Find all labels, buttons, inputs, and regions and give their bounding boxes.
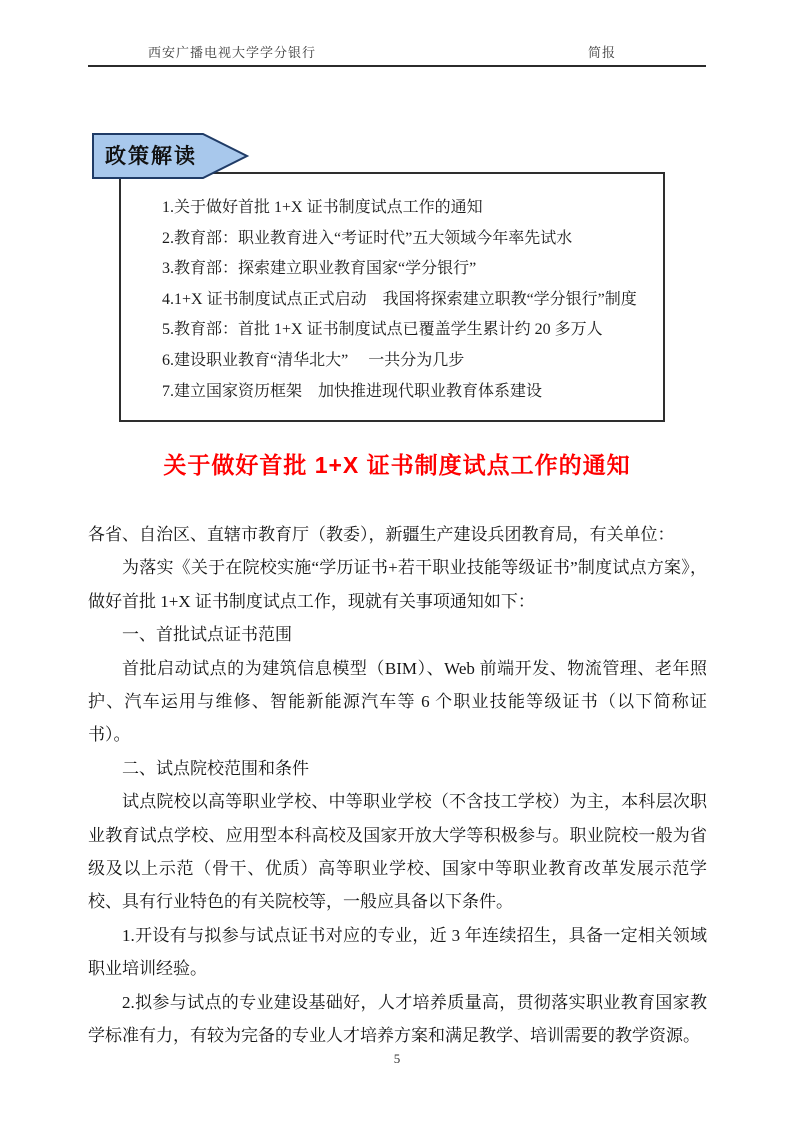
page-number: 5: [394, 1051, 401, 1066]
article-paragraph: 一、首批试点证书范围: [88, 618, 707, 651]
header-row: 西安广播电视大学学分银行 简报: [88, 42, 706, 61]
article-paragraph: 为落实《关于在院校实施“学历证书+若干职业技能等级证书”制度试点方案》，做好首批…: [88, 551, 707, 618]
policy-banner: 政策解读: [92, 133, 250, 179]
header-right-title: 简报: [588, 42, 616, 61]
article-paragraph: 2.拟参与试点的专业建设基础好，人才培养质量高，贯彻落实职业教育国家教学标准有力…: [88, 986, 707, 1053]
article-paragraph: 试点院校以高等职业学校、中等职业学校（不含技工学校）为主，本科层次职业教育试点学…: [88, 785, 707, 919]
article-body: 各省、自治区、直辖市教育厅（教委），新疆生产建设兵团教育局，有关单位： 为落实《…: [88, 518, 707, 1053]
page-header: 西安广播电视大学学分银行 简报: [88, 42, 706, 67]
toc-item: 3.教育部：探索建立职业教育国家“学分银行”: [162, 254, 647, 285]
toc-list: 1.关于做好首批 1+X 证书制度试点工作的通知 2.教育部：职业教育进入“考证…: [121, 174, 663, 407]
article-title: 关于做好首批 1+X 证书制度试点工作的通知: [0, 447, 794, 480]
page-footer: 5: [0, 1051, 794, 1067]
toc-item: 4.1+X 证书制度试点正式启动 我国将探索建立职教“学分银行”制度: [162, 285, 647, 316]
toc-item: 1.关于做好首批 1+X 证书制度试点工作的通知: [162, 193, 647, 224]
article-paragraph: 二、试点院校范围和条件: [88, 752, 707, 785]
article-paragraph: 各省、自治区、直辖市教育厅（教委），新疆生产建设兵团教育局，有关单位：: [88, 518, 707, 551]
header-left-title: 西安广播电视大学学分银行: [148, 42, 316, 61]
article-paragraph: 首批启动试点的为建筑信息模型（BIM）、Web 前端开发、物流管理、老年照护、汽…: [88, 652, 707, 752]
toc-box: 1.关于做好首批 1+X 证书制度试点工作的通知 2.教育部：职业教育进入“考证…: [119, 172, 665, 422]
toc-item: 2.教育部：职业教育进入“考证时代”五大领域今年率先试水: [162, 224, 647, 255]
banner-label: 政策解读: [105, 140, 197, 170]
toc-item: 5.教育部：首批 1+X 证书制度试点已覆盖学生累计约 20 多万人: [162, 315, 647, 346]
document-page: 西安广播电视大学学分银行 简报 政策解读 1.关于做好首批 1+X 证书制度试点…: [0, 0, 794, 1123]
toc-item: 7.建立国家资历框架 加快推进现代职业教育体系建设: [162, 377, 647, 408]
article-paragraph: 1.开设有与拟参与试点证书对应的专业，近 3 年连续招生，具备一定相关领域职业培…: [88, 919, 707, 986]
toc-item: 6.建设职业教育“清华北大” 一共分为几步: [162, 346, 647, 377]
